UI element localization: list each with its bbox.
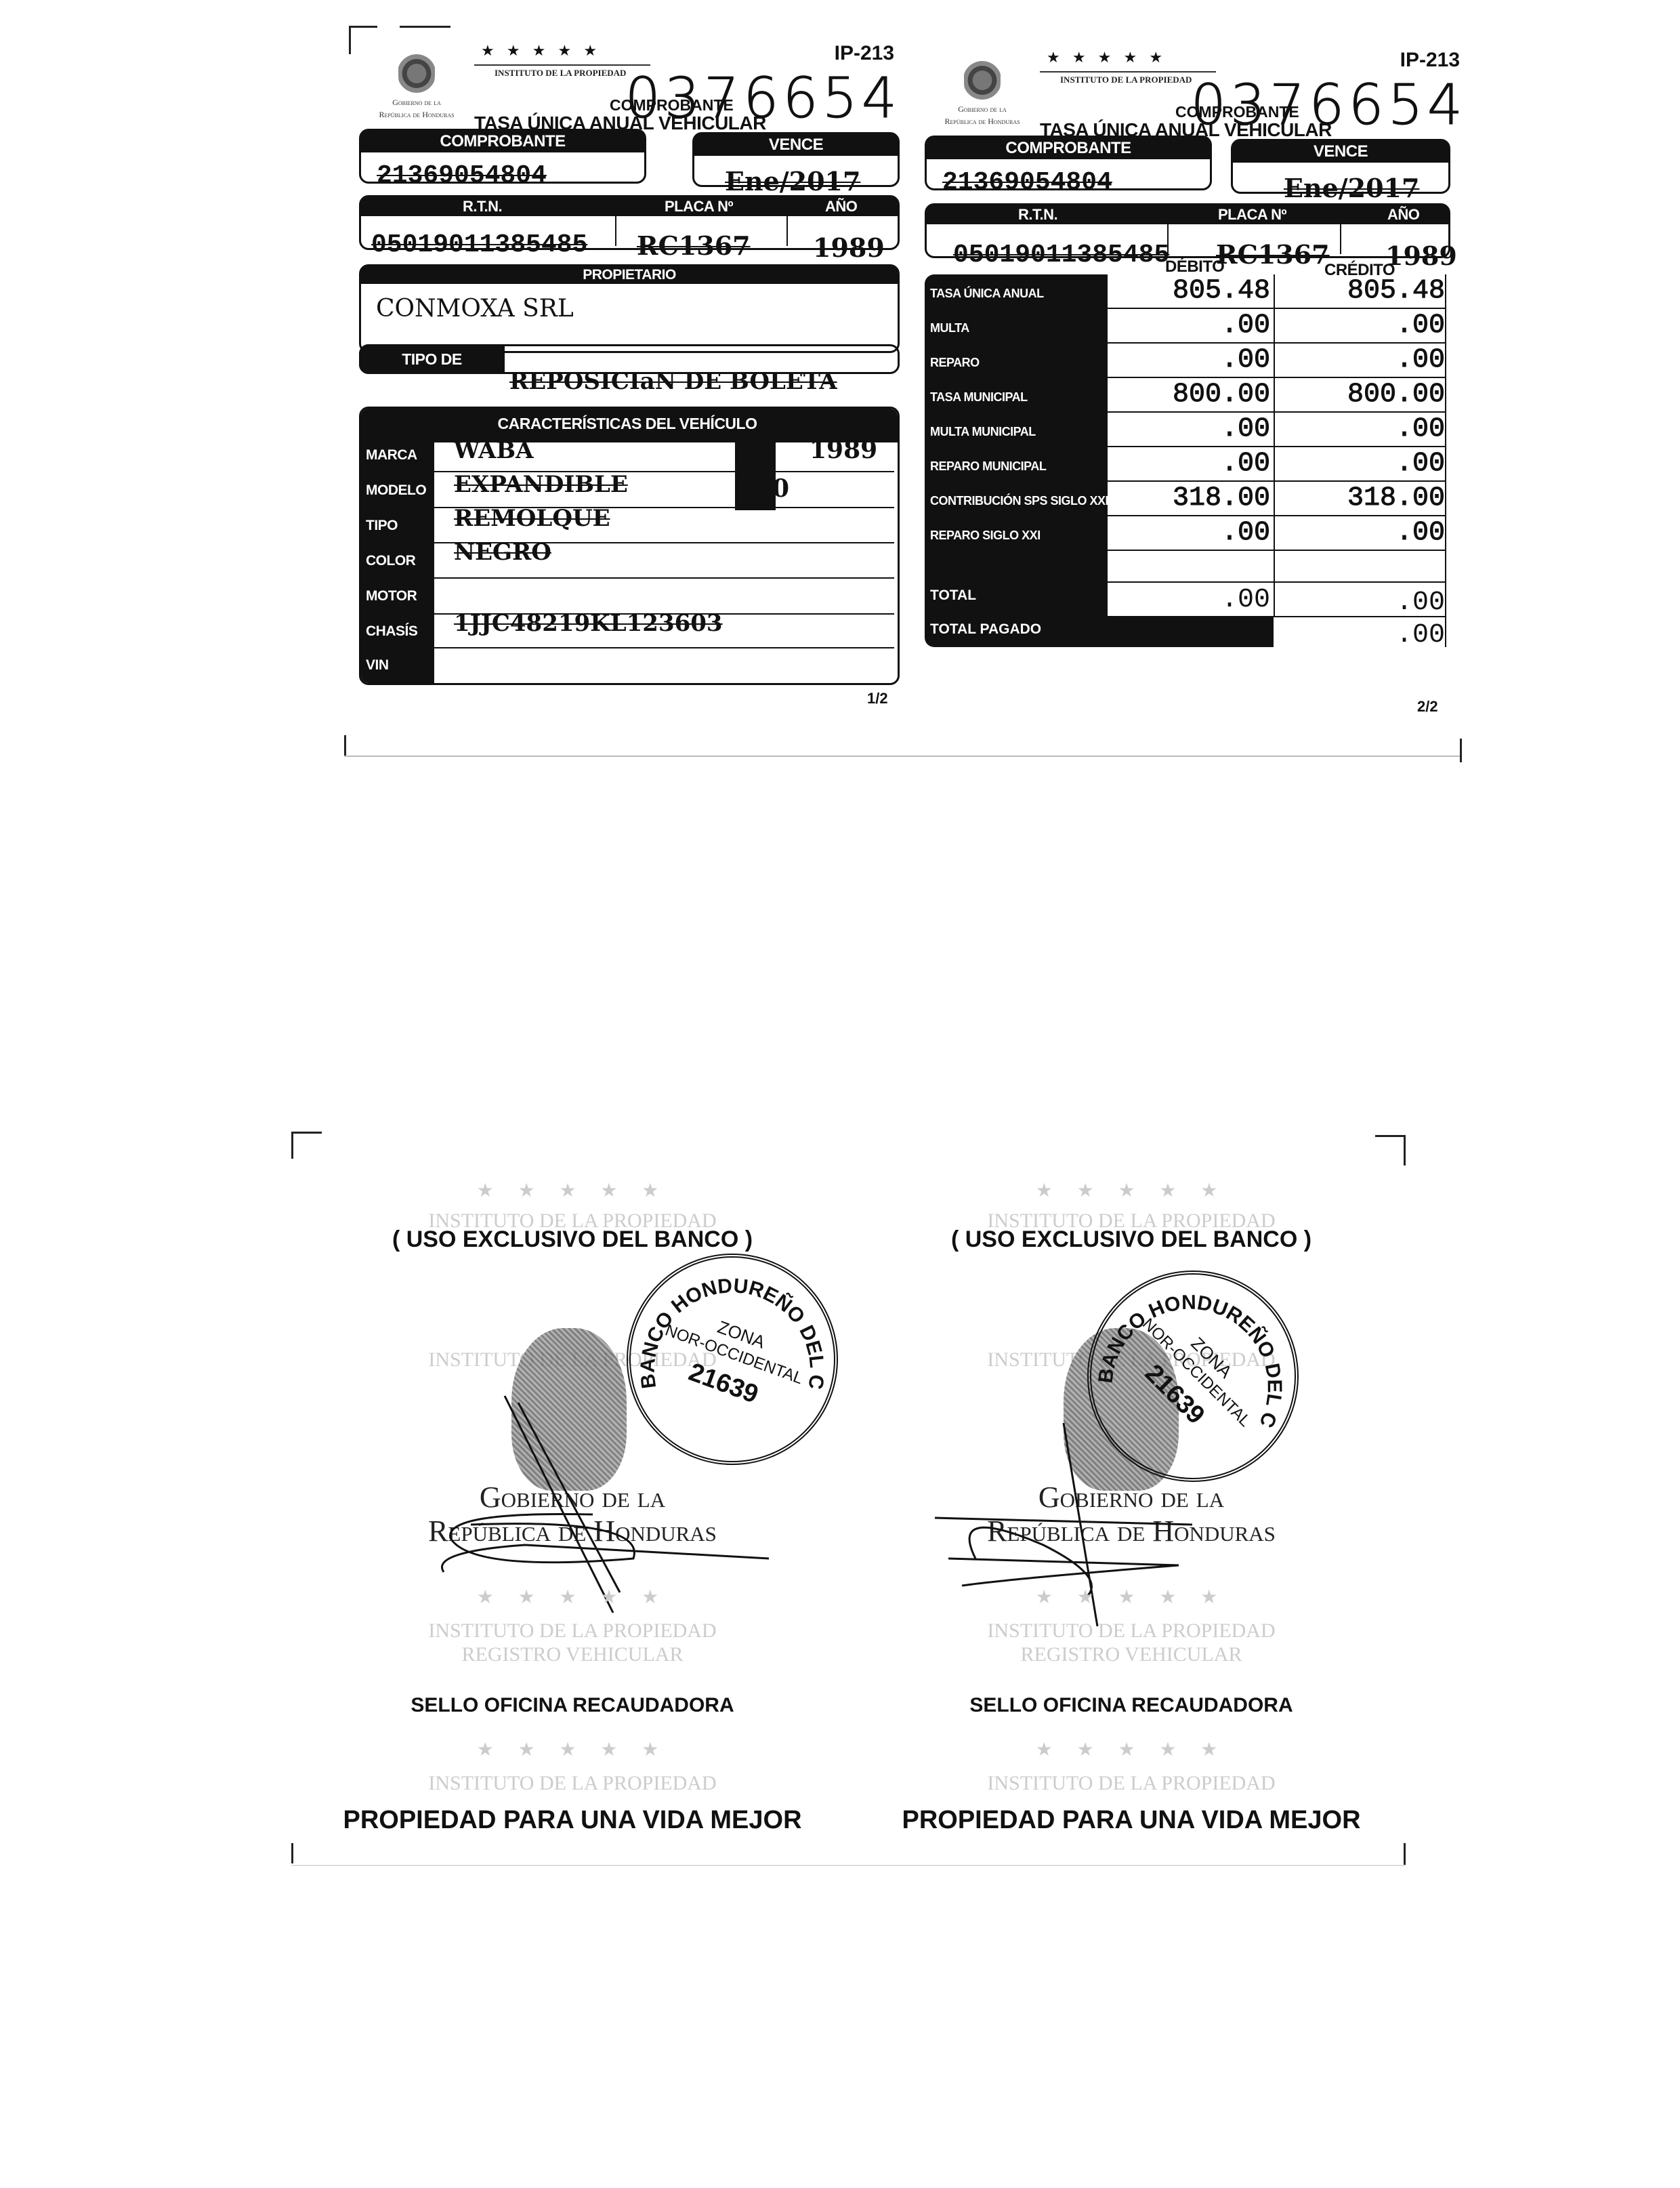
marca-label: MARCA — [366, 447, 417, 463]
motor-label: MOTOR — [366, 588, 417, 604]
charge-debit: 800.00 — [1173, 379, 1270, 410]
collection-office-seal-label: SELLO OFICINA RECAUDADORA — [295, 1694, 850, 1717]
gov-name-line2: República de Honduras — [925, 117, 1040, 126]
color-value: NEGRO — [454, 539, 551, 566]
tipo-operacion-value: REPOSICIaN DE BOLETA — [509, 368, 837, 395]
divider — [1108, 342, 1446, 344]
comprobante-label: COMPROBANTE — [361, 131, 644, 152]
slogan: PROPIEDAD PARA UNA VIDA MEJOR — [295, 1806, 850, 1835]
charge-credit: 318.00 — [1347, 483, 1445, 514]
divider — [1108, 308, 1446, 309]
watermark-stars: ★ ★ ★ ★ ★ — [295, 1586, 850, 1608]
charge-label: MULTA MUNICIPAL — [930, 425, 1036, 439]
total-credit: .00 — [1396, 587, 1445, 618]
coat-of-arms-icon — [964, 54, 1001, 102]
watermark-text: INSTITUTO DE LA PROPIEDAD — [854, 1619, 1409, 1643]
charge-credit: .00 — [1396, 414, 1445, 445]
anio-label: AÑO — [825, 197, 857, 216]
slogan: PROPIEDAD PARA UNA VIDA MEJOR — [854, 1806, 1409, 1835]
divider — [615, 216, 616, 246]
divider — [1108, 480, 1446, 482]
watermark-stars: ★ ★ ★ ★ ★ — [295, 1179, 850, 1201]
charge-debit: .00 — [1221, 449, 1270, 479]
watermark-text: REGISTRO VEHICULAR — [295, 1643, 850, 1666]
watermark-stars: ★ ★ ★ ★ ★ — [854, 1179, 1409, 1201]
charge-credit: 800.00 — [1347, 379, 1445, 410]
crop-mark — [1460, 739, 1462, 762]
crop-mark — [1375, 1135, 1406, 1137]
divider — [1108, 446, 1446, 447]
crop-mark — [344, 735, 346, 757]
charge-credit: .00 — [1396, 345, 1445, 375]
charge-debit: .00 — [1221, 518, 1270, 548]
total-pagado-band — [1108, 617, 1274, 647]
total-debit: .00 — [1221, 585, 1270, 615]
crop-mark — [291, 1132, 322, 1134]
charges-table: TASA ÚNICA ANUAL805.48805.48MULTA.00.00R… — [925, 274, 1448, 647]
divider — [786, 216, 788, 246]
modelo-label: MODELO — [366, 482, 426, 499]
charge-debit: .00 — [1221, 345, 1270, 375]
debito-header: DÉBITO — [1165, 257, 1224, 276]
vence-value: Ene/2017 — [725, 166, 860, 197]
divider — [1340, 224, 1341, 254]
gov-name-line1: Gobierno de la — [925, 104, 1040, 114]
divider — [1108, 377, 1446, 378]
charge-label: TASA MUNICIPAL — [930, 390, 1028, 405]
watermark-text: INSTITUTO DE LA PROPIEDAD — [854, 1772, 1409, 1795]
divider — [432, 647, 894, 648]
chasis-value: 1JJC48219KL123603 — [454, 610, 723, 637]
charge-debit: 805.48 — [1173, 276, 1270, 306]
bank-section-right: ★ ★ ★ ★ ★ INSTITUTO DE LA PROPIEDAD ( US… — [854, 1138, 1409, 1884]
stars-icon: ★ ★ ★ ★ ★ — [1047, 49, 1167, 66]
total-pagado-label: TOTAL PAGADO — [930, 621, 1041, 638]
institute-name: INSTITUTO DE LA PROPIEDAD — [495, 68, 626, 79]
crop-mark — [349, 26, 351, 54]
coat-of-arms-icon — [398, 47, 435, 95]
stars-icon: ★ ★ ★ ★ ★ — [481, 42, 601, 60]
anio-veh-value: 1989 — [810, 436, 877, 464]
placa-value: RC1367 — [1216, 239, 1330, 270]
watermark-text: INSTITUTO DE LA PROPIEDAD — [295, 1619, 850, 1643]
crop-mark — [291, 1843, 293, 1863]
propietario-value: CONMOXA SRL — [376, 295, 574, 323]
marca-value: WABA — [454, 437, 534, 464]
charge-debit: .00 — [1221, 414, 1270, 445]
watermark-text: REGISTRO VEHICULAR — [854, 1643, 1409, 1666]
rtn-label: R.T.N. — [463, 197, 502, 216]
divider — [432, 577, 894, 579]
vence-label: VENCE — [1233, 141, 1448, 163]
divider — [1108, 515, 1446, 516]
placa-value: RC1367 — [637, 230, 751, 261]
watermark-stars: ★ ★ ★ ★ ★ — [295, 1738, 850, 1760]
form-code: IP-213 — [835, 42, 894, 65]
comprobante-caption: COMPROBANTE — [610, 96, 734, 115]
gov-name-line2: República de Honduras — [359, 110, 474, 119]
charge-debit: 318.00 — [1173, 483, 1270, 514]
charge-debit: .00 — [1221, 310, 1270, 341]
placa-label: PLACA Nº — [1218, 205, 1286, 224]
divider — [1445, 274, 1446, 647]
institute-name: INSTITUTO DE LA PROPIEDAD — [1060, 75, 1192, 85]
caracteristicas-label: CARACTERÍSTICAS DEL VEHÍCULO — [359, 415, 896, 433]
watermark-stars: ★ ★ ★ ★ ★ — [854, 1738, 1409, 1760]
page-indicator: 2/2 — [1417, 698, 1438, 716]
charge-label: CONTRIBUCIÓN SPS SIGLO XXI — [930, 494, 1108, 508]
crop-mark — [291, 1132, 293, 1159]
comprobante-caption: COMPROBANTE — [1175, 103, 1299, 121]
divider — [1108, 550, 1446, 551]
tipo-operacion-label: TIPO DE OPERACIÓN — [359, 344, 505, 374]
receipt-right: Gobierno de la República de Honduras ★ ★… — [925, 34, 1467, 711]
chasis-label: CHASÍS — [366, 623, 417, 640]
cil-value: 0 — [772, 474, 789, 503]
comprobante-label: COMPROBANTE — [927, 138, 1210, 159]
placa-label: PLACA Nº — [665, 197, 733, 216]
collection-office-seal-label: SELLO OFICINA RECAUDADORA — [854, 1694, 1409, 1717]
comprobante-value: 21369054804 — [377, 161, 547, 190]
bank-section-left: ★ ★ ★ ★ ★ INSTITUTO DE LA PROPIEDAD ( US… — [295, 1138, 850, 1884]
gov-logo: Gobierno de la República de Honduras — [925, 54, 1040, 126]
divider — [1040, 71, 1216, 73]
total-label: TOTAL — [930, 587, 976, 604]
charge-label: REPARO — [930, 356, 980, 370]
page-indicator: 1/2 — [867, 690, 888, 707]
gov-logo: Gobierno de la República de Honduras — [359, 47, 474, 119]
total-paid: .00 — [1396, 620, 1445, 651]
divider — [474, 64, 650, 66]
comprobante-value: 21369054804 — [942, 168, 1112, 197]
charge-credit: 805.48 — [1347, 276, 1445, 306]
tipo-label: TIPO — [366, 518, 398, 534]
receipt-left: Gobierno de la República de Honduras ★ ★… — [359, 27, 901, 705]
rtn-label: R.T.N. — [1018, 205, 1057, 224]
watermark-text: INSTITUTO DE LA PROPIEDAD — [295, 1772, 850, 1795]
charge-credit: .00 — [1396, 518, 1445, 548]
rtn-value: 05019011385485 — [953, 241, 1169, 270]
form-code: IP-213 — [1400, 49, 1460, 72]
vence-value: Ene/2017 — [1284, 173, 1419, 203]
charge-label: REPARO MUNICIPAL — [930, 459, 1046, 474]
crop-mark — [344, 756, 1462, 757]
vin-label: VIN — [366, 657, 389, 674]
charge-label: TASA ÚNICA ANUAL — [930, 287, 1044, 301]
divider — [1108, 411, 1446, 413]
color-label: COLOR — [366, 553, 415, 569]
divider — [1108, 581, 1446, 583]
bank-use-label: ( USO EXCLUSIVO DEL BANCO ) — [854, 1226, 1409, 1253]
vence-label: VENCE — [694, 134, 898, 156]
charge-label: REPARO SIGLO XXI — [930, 529, 1041, 543]
bank-use-label: ( USO EXCLUSIVO DEL BANCO ) — [295, 1226, 850, 1253]
propietario-label: PROPIETARIO — [361, 266, 898, 284]
tipo-value: REMOLQUE — [454, 505, 610, 532]
gov-name-line1: Gobierno de la — [359, 98, 474, 107]
anio-veh-label: AÑO — [699, 451, 730, 467]
anio-value: 1989 — [813, 232, 885, 263]
rtn-value: 05019011385485 — [371, 230, 587, 260]
charge-label: MULTA — [930, 321, 969, 335]
charge-credit: .00 — [1396, 449, 1445, 479]
anio-value: 1989 — [1385, 241, 1457, 271]
watermark-stars: ★ ★ ★ ★ ★ — [854, 1586, 1409, 1608]
charge-credit: .00 — [1396, 310, 1445, 341]
anio-label: AÑO — [1387, 205, 1419, 224]
modelo-value: EXPANDIBLE — [454, 471, 628, 498]
